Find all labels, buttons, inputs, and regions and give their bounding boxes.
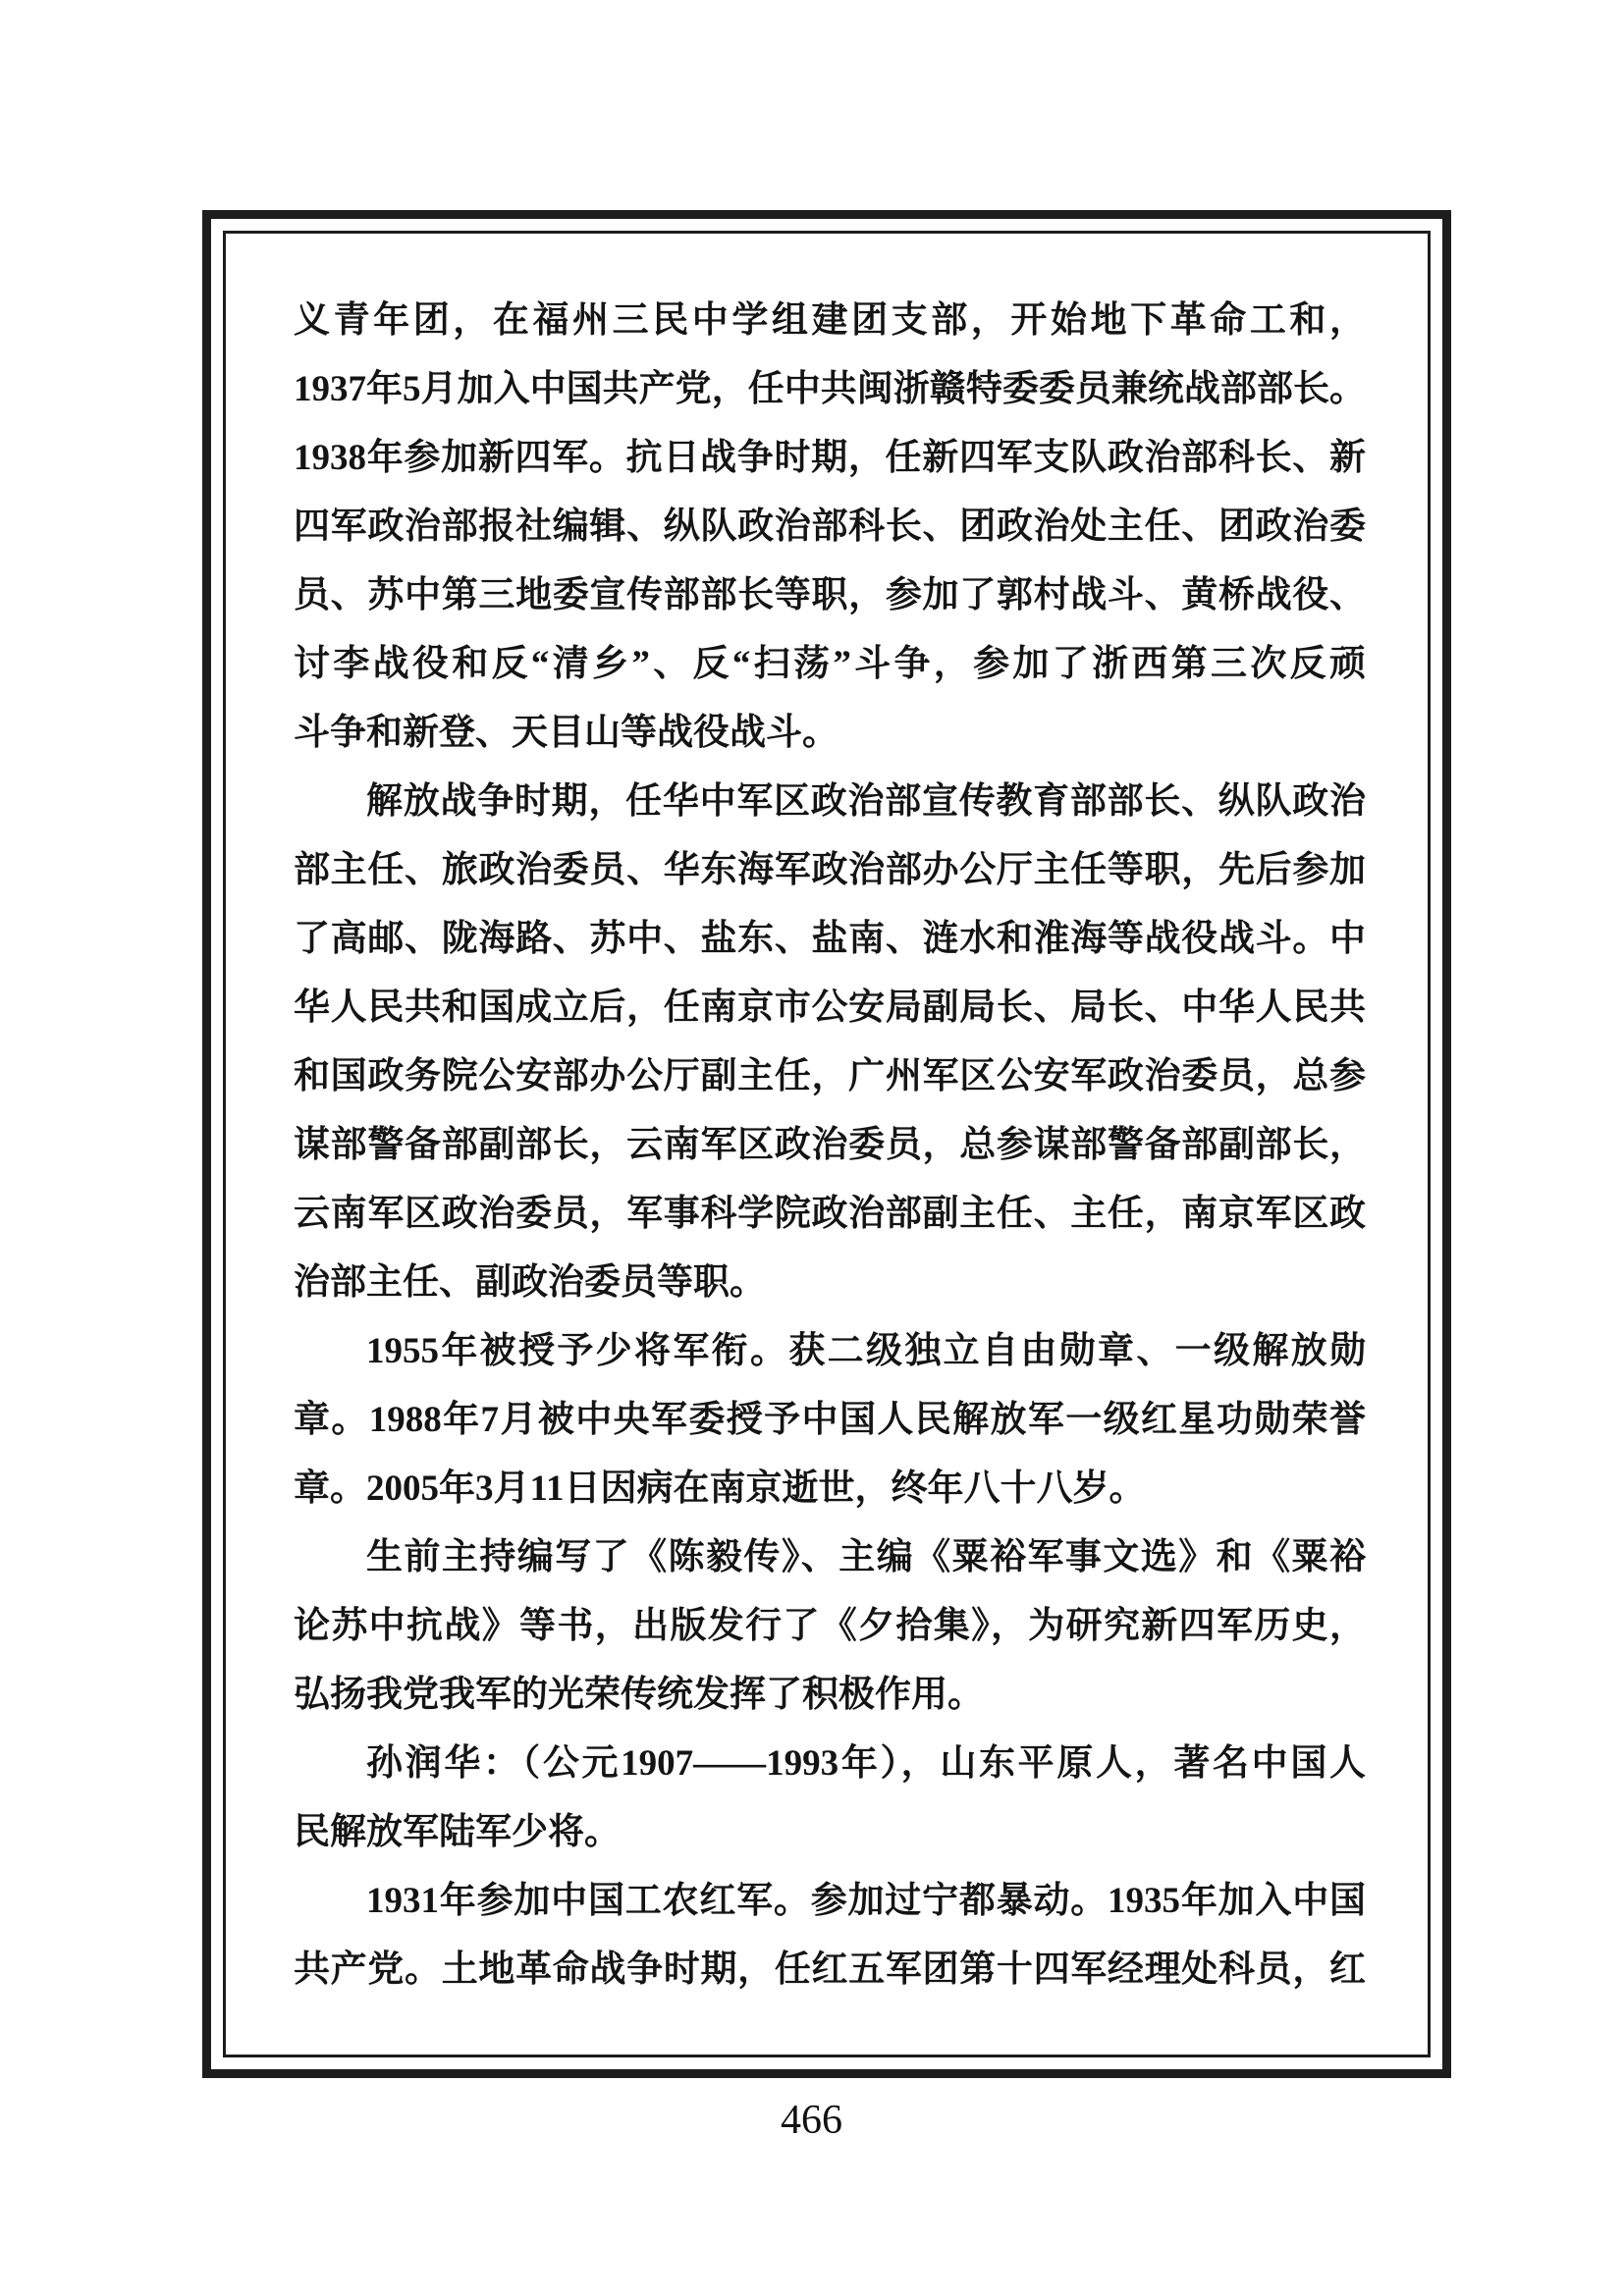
text-line: 部主任、旅政治委员、华东海军政治部办公厅主任等职，先后参加 (294, 836, 1366, 905)
text-line: 论苏中抗战》等书，出版发行了《夕拾集》，为研究新四军历史， (294, 1592, 1366, 1661)
text-line: 1955年被授予少将军衔。获二级独立自由勋章、一级解放勋 (294, 1317, 1366, 1386)
text-line: 四军政治部报社编辑、纵队政治部科长、团政治处主任、团政治委 (294, 493, 1366, 561)
text-line: 谋部警备部副部长，云南军区政治委员，总参谋部警备部副部长， (294, 1111, 1366, 1180)
text-line: 孙润华：（公元1907——1993年），山东平原人，著名中国人 (294, 1730, 1366, 1798)
text-line: 共产党。土地革命战争时期，任红五军团第十四军经理处科员，红 (294, 1936, 1366, 2004)
text-line: 义青年团，在福州三民中学组建团支部，开始地下革命工和， (294, 287, 1366, 355)
text-line: 弘扬我党我军的光荣传统发挥了积极作用。 (294, 1661, 1366, 1730)
text-line: 章。1988年7月被中央军委授予中国人民解放军一级红星功勋荣誉 (294, 1386, 1366, 1455)
text-line: 讨李战役和反“清乡”、反“扫荡”斗争，参加了浙西第三次反顽 (294, 630, 1366, 699)
text-line: 华人民共和国成立后，任南京市公安局副局长、局长、中华人民共 (294, 974, 1366, 1042)
page-border-inner: 义青年团，在福州三民中学组建团支部，开始地下革命工和，1937年5月加入中国共产… (223, 231, 1431, 2057)
text-line: 治部主任、副政治委员等职。 (294, 1249, 1366, 1317)
page-number: 466 (0, 2097, 1623, 2144)
text-line: 生前主持编写了《陈毅传》、主编《粟裕军事文选》和《粟裕 (294, 1523, 1366, 1592)
text-line: 和国政务院公安部办公厅副主任，广州军区公安军政治委员，总参 (294, 1042, 1366, 1111)
text-line: 民解放军陆军少将。 (294, 1798, 1366, 1867)
text-line: 1938年参加新四军。抗日战争时期，任新四军支队政治部科长、新 (294, 424, 1366, 493)
text-line: 了高邮、陇海路、苏中、盐东、盐南、涟水和淮海等战役战斗。中 (294, 905, 1366, 974)
text-line: 斗争和新登、天目山等战役战斗。 (294, 699, 1366, 768)
book-page: 义青年团，在福州三民中学组建团支部，开始地下革命工和，1937年5月加入中国共产… (0, 0, 1623, 2296)
text-line: 章。2005年3月11日因病在南京逝世，终年八十八岁。 (294, 1455, 1366, 1523)
text-line: 1931年参加中国工农红军。参加过宁都暴动。1935年加入中国 (294, 1867, 1366, 1936)
body-text: 义青年团，在福州三民中学组建团支部，开始地下革命工和，1937年5月加入中国共产… (294, 287, 1366, 2004)
text-line: 员、苏中第三地委宣传部部长等职，参加了郭村战斗、黄桥战役、 (294, 561, 1366, 630)
text-line: 解放战争时期，任华中军区政治部宣传教育部部长、纵队政治 (294, 768, 1366, 836)
text-line: 云南军区政治委员，军事科学院政治部副主任、主任，南京军区政 (294, 1180, 1366, 1249)
page-border-outer: 义青年团，在福州三民中学组建团支部，开始地下革命工和，1937年5月加入中国共产… (202, 210, 1451, 2078)
text-line: 1937年5月加入中国共产党，任中共闽浙赣特委委员兼统战部部长。 (294, 355, 1366, 424)
